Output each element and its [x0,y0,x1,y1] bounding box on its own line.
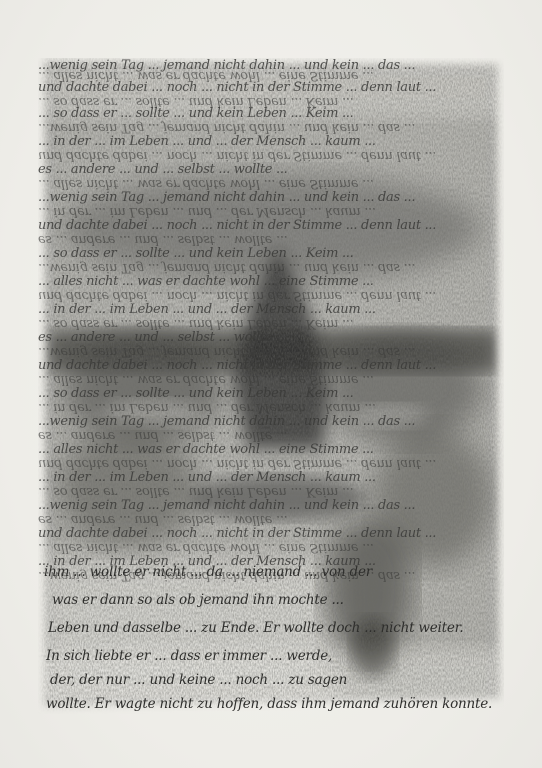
legible-text-line: wollte. Er wagte nicht zu hoffen, dass i… [46,696,492,712]
text-line: und dachte dabei ... noch ... nicht in d… [38,288,436,303]
text-line: ... in der ... im Leben ... und ... der … [38,204,376,219]
legible-text-line: ihm ... wollte er nicht ... da ... niema… [44,564,372,580]
text-line: ... alles nicht ... was er dachte wohl .… [38,372,374,387]
text-portrait-drawing: ...wenig sein Tag ... jemand nicht dahin… [38,58,504,714]
text-line: und dachte dabei ... noch ... nicht in d… [38,148,436,163]
text-line: und dachte dabei ... noch ... nicht in d… [38,526,436,541]
text-line: es ... andere ... und ... selbst ... wol… [38,232,287,247]
legible-text-line: Leben und dasselbe ... zu Ende. Er wollt… [48,620,464,636]
text-line: ... in der ... im Leben ... und ... der … [38,134,376,149]
text-line: ...wenig sein Tag ... jemand nicht dahin… [38,344,415,359]
text-line: ... alles nicht ... was er dachte wohl .… [38,540,374,555]
text-line: und dachte dabei ... noch ... nicht in d… [38,456,436,471]
text-line: ... alles nicht ... was er dachte wohl .… [38,274,374,289]
text-line: ... in der ... im Leben ... und ... der … [38,400,376,415]
text-line: es ... andere ... und ... selbst ... wol… [38,330,287,345]
text-line: ... so dass er ... sollte ... und kein L… [38,484,353,499]
handwritten-text-layer: ...wenig sein Tag ... jemand nicht dahin… [38,58,504,714]
text-line: ... in der ... im Leben ... und ... der … [38,470,376,485]
text-line: ...wenig sein Tag ... jemand nicht dahin… [38,120,415,135]
text-line: ... in der ... im Leben ... und ... der … [38,302,376,317]
text-line: ... so dass er ... sollte ... und kein L… [38,386,353,401]
text-line: ... so dass er ... sollte ... und kein L… [38,246,353,261]
text-line: und dachte dabei ... noch ... nicht in d… [38,218,436,233]
text-line: es ... andere ... und ... selbst ... wol… [38,512,287,527]
text-line: ... alles nicht ... was er dachte wohl .… [38,176,374,191]
legible-text-line: was er dann so als ob jemand ihn mochte … [52,592,344,608]
text-line: ...wenig sein Tag ... jemand nicht dahin… [38,498,415,513]
text-line: es ... andere ... und ... selbst ... wol… [38,162,287,177]
legible-text-line: In sich liebte er ... dass er immer ... … [46,648,332,664]
text-line: es ... andere ... und ... selbst ... wol… [38,428,287,443]
text-line: und dachte dabei ... noch ... nicht in d… [38,80,436,95]
legible-text-line: der, der nur ... und keine ... noch ... … [50,672,347,688]
text-line: ...wenig sein Tag ... jemand nicht dahin… [38,190,415,205]
text-line: ...wenig sein Tag ... jemand nicht dahin… [38,414,415,429]
text-line: ... so dass er ... sollte ... und kein L… [38,106,353,121]
text-line: ... alles nicht ... was er dachte wohl .… [38,442,374,457]
text-line: ... so dass er ... sollte ... und kein L… [38,316,353,331]
text-line: und dachte dabei ... noch ... nicht in d… [38,358,436,373]
text-line: ...wenig sein Tag ... jemand nicht dahin… [38,260,415,275]
